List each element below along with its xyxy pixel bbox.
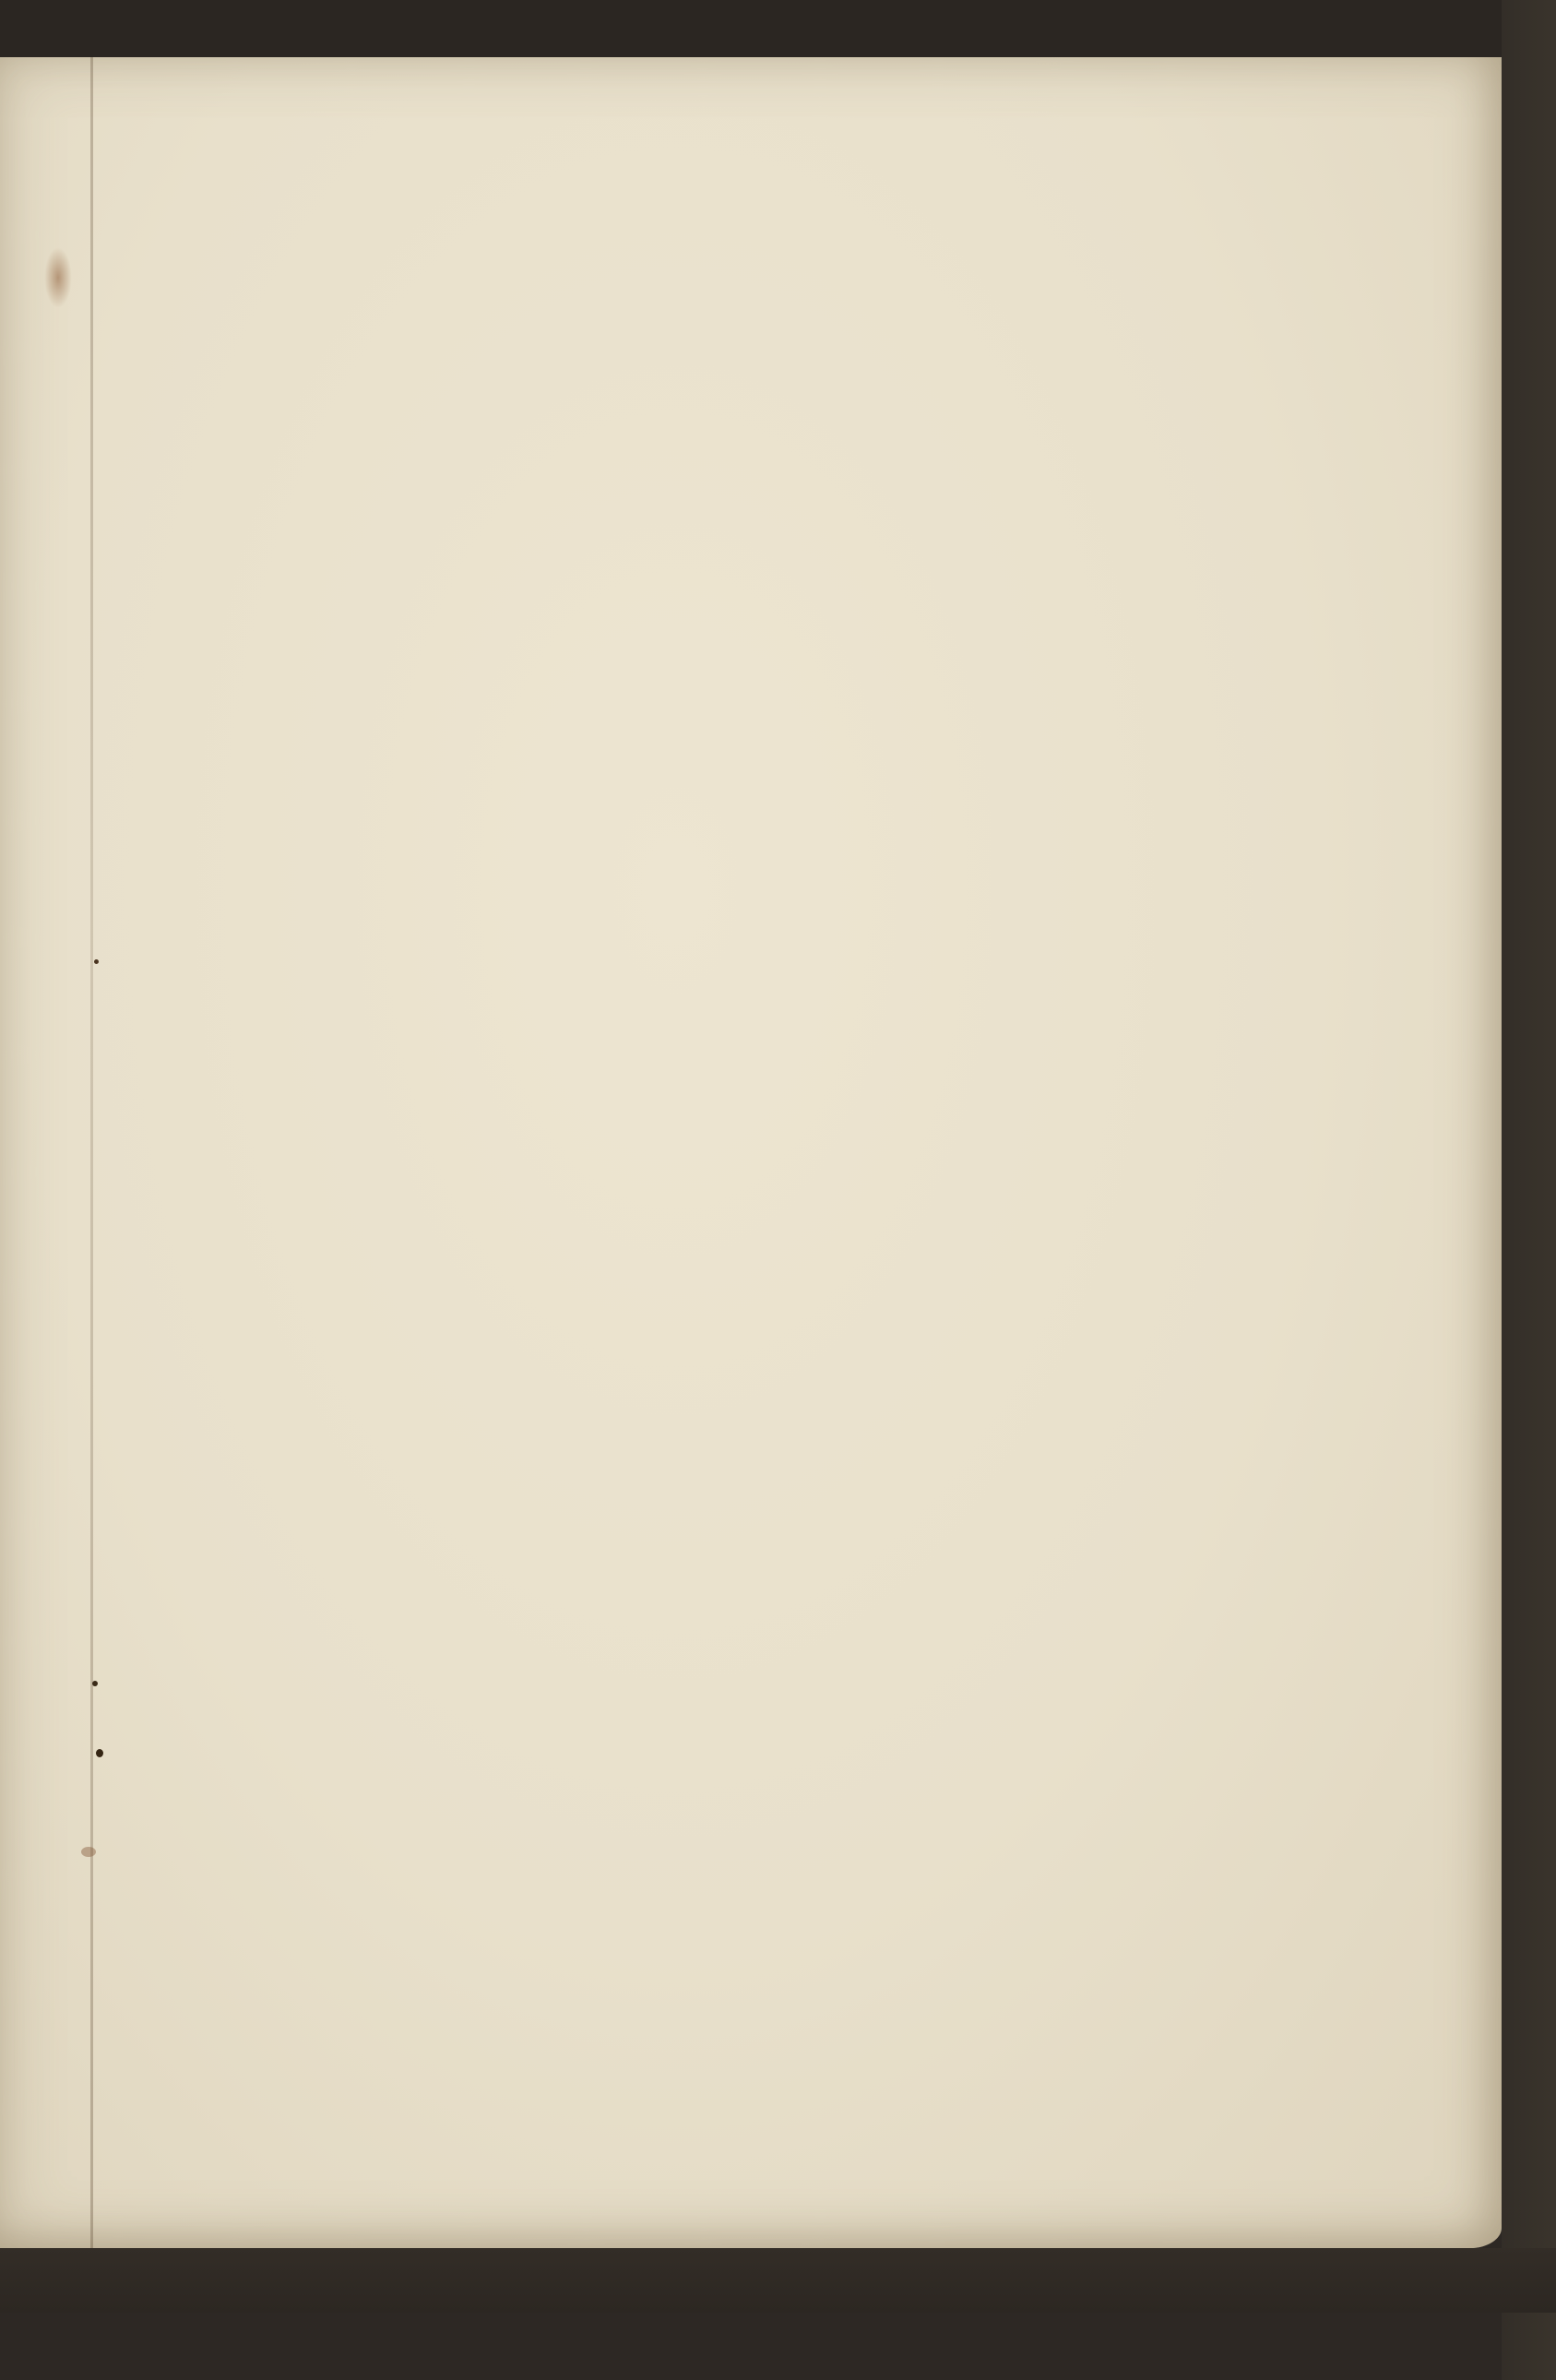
scanned-register-page: 237. A. Nr. 73. Heidemühl, am 15. Novemb… [0, 0, 1556, 2380]
speck [96, 1749, 103, 1757]
paper-sheet [0, 57, 1502, 2248]
speck [92, 1681, 98, 1686]
scan-background-right [1502, 0, 1556, 2380]
stain [44, 247, 72, 308]
scan-background-top [0, 0, 1556, 57]
speck [94, 959, 99, 964]
smudge [81, 1847, 96, 1857]
binding-cord [59, 0, 94, 54]
scan-background-bottom [0, 2248, 1556, 2313]
page-crease-line [90, 57, 93, 2248]
